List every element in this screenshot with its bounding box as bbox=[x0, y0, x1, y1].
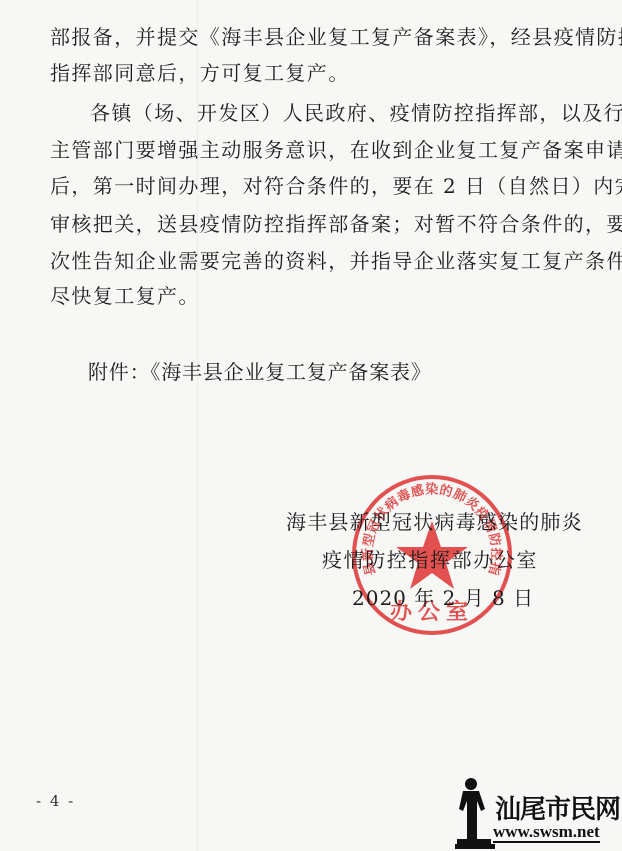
paragraph1-line1: 部报备，并提交《海丰县企业复工复产备案表》，经县疫情防控 bbox=[50, 25, 590, 49]
watermark-url: www.swsm.net bbox=[493, 823, 600, 843]
scan-crease bbox=[197, 0, 198, 851]
signature-org-line2: 疫情防控指挥部办公室 bbox=[322, 548, 538, 572]
person-silhouette-icon bbox=[455, 775, 495, 849]
signature-org-line1: 海丰县新型冠状病毒感染的肺炎 bbox=[286, 510, 583, 534]
attachment-line: 附件：《海丰县企业复工复产备案表》 bbox=[88, 360, 432, 384]
page-number: - 4 - bbox=[36, 792, 75, 810]
site-watermark: 汕尾市民网 www.swsm.net bbox=[455, 775, 620, 849]
paragraph2-line4: 审核把关，送县疫情防控指挥部备案；对暂不符合条件的，要一 bbox=[50, 212, 590, 236]
paragraph2-line1: 各镇（场、开发区）人民政府、疫情防控指挥部，以及行业 bbox=[90, 101, 590, 125]
paragraph2-line3: 后，第一时间办理，对符合条件的，要在 2 日（自然日）内完成 bbox=[50, 174, 590, 198]
paragraph1-line2: 指挥部同意后，方可复工复产。 bbox=[50, 61, 590, 85]
paragraph2-line2: 主管部门要增强主动服务意识，在收到企业复工复产备案申请 bbox=[50, 138, 590, 162]
watermark-site-name: 汕尾市民网 bbox=[495, 789, 620, 826]
paragraph2-line6: 尽快复工复产。 bbox=[50, 284, 590, 308]
document-page: 部报备，并提交《海丰县企业复工复产备案表》，经县疫情防控 指挥部同意后，方可复工… bbox=[0, 0, 622, 851]
paragraph2-line5: 次性告知企业需要完善的资料，并指导企业落实复工复产条件， bbox=[50, 249, 590, 273]
signature-date: 2020 年 2 月 8 日 bbox=[352, 586, 534, 610]
